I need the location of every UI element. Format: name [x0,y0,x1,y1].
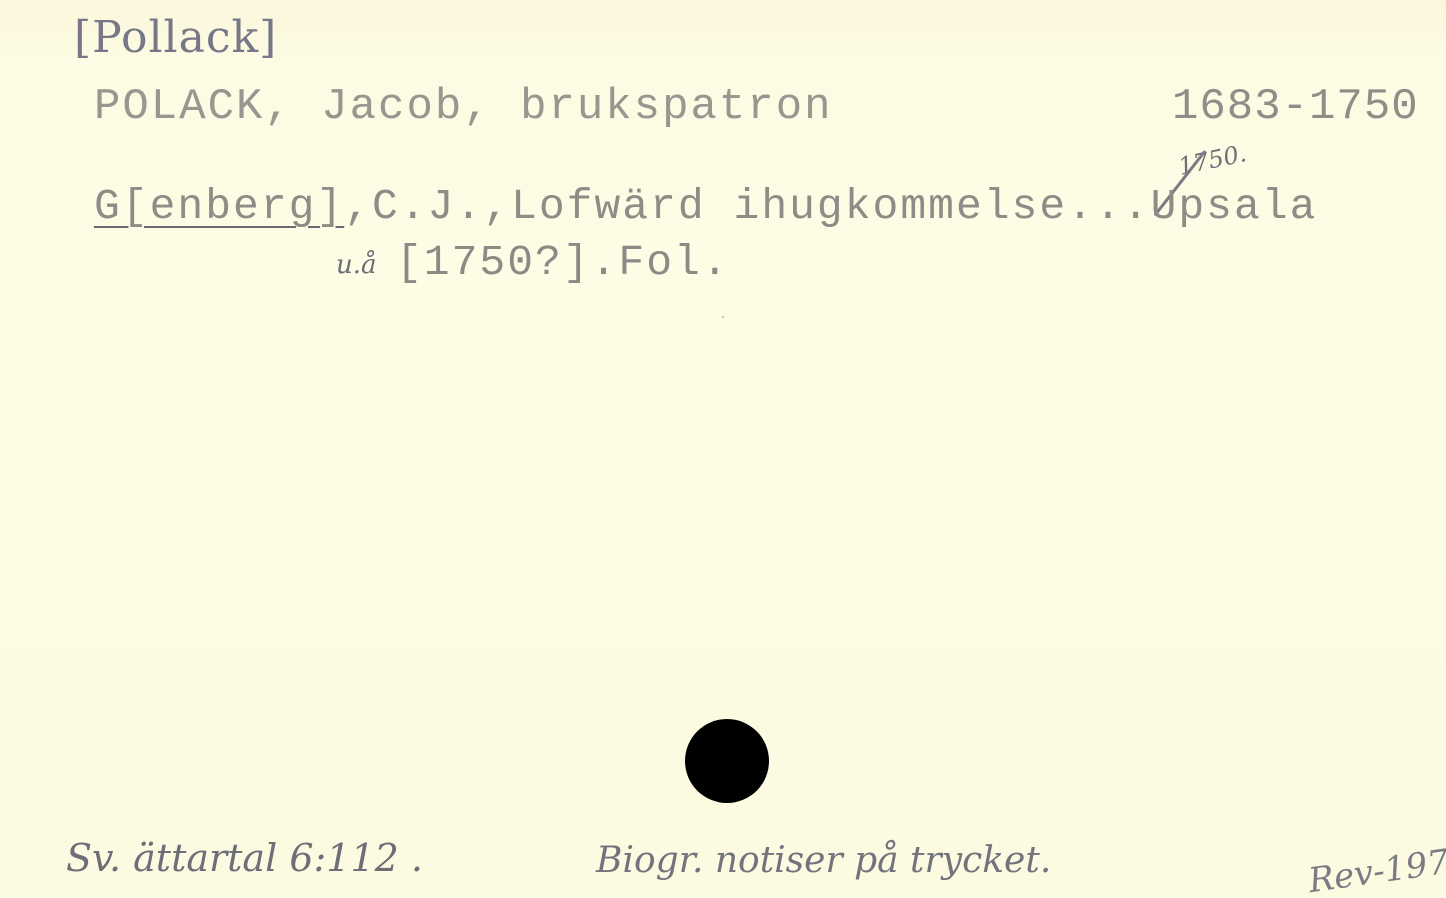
title-line-2: [1750?].Fol. [396,238,730,287]
life-dates: 1683-1750 [1172,82,1419,132]
catalog-card: [Pollack] POLACK, Jacob, brukspatron 168… [0,0,1446,898]
handwritten-heading: [Pollack] [74,12,277,63]
footer-note-right: Rev-1970 [1306,839,1446,898]
title-text: ,C.J.,Lofwärd ihugkommelse...Upsala [344,182,1317,231]
main-entry: POLACK, Jacob, brukspatron [94,82,833,132]
title-line-1: G[enberg],C.J.,Lofwärd ihugkommelse...Up… [94,182,1317,231]
footer-note-middle: Biogr. notiser på trycket. [596,840,1051,881]
paper-speck [722,316,724,318]
handwritten-ua-annotation: u.å [336,250,377,280]
author-underlined: G[enberg] [94,182,344,231]
punch-hole [685,719,769,803]
footer-note-left: Sv. ättartal 6:112 . [66,836,423,880]
